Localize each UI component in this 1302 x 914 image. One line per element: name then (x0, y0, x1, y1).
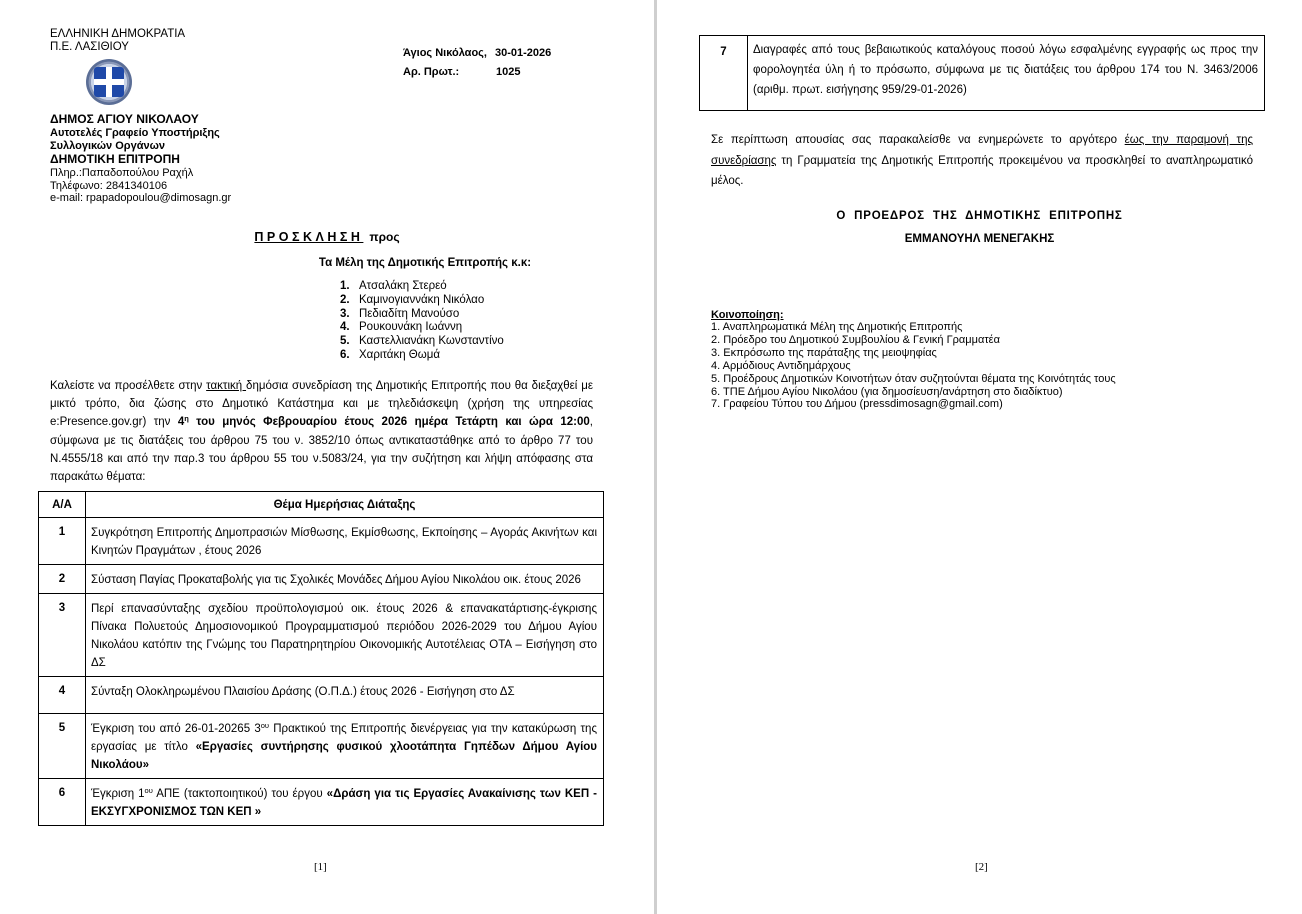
member-item: 3.Πεδιαδίτη Μανούσο (340, 308, 504, 322)
document-date: 30-01-2026 (495, 47, 551, 59)
protocol-number: 1025 (496, 66, 520, 78)
member-item: 5.Καστελλιανάκη Κωνσταντίνο (340, 335, 504, 349)
header-office-line1: Αυτοτελές Γραφείο Υποστήριξης (50, 127, 220, 140)
protocol-label: Αρ. Πρωτ.: (403, 66, 459, 78)
notification-item: 7. Γραφείου Τύπου του Δήμου (pressdimosa… (711, 398, 1116, 411)
notification-item: 3. Εκπρόσωπο της παράταξης της μειοψηφία… (711, 347, 1116, 360)
header-email: e-mail: rpapadopoulou@dimosagn.gr (50, 192, 231, 205)
header-region: Π.Ε. ΛΑΣΙΘΙΟΥ (50, 41, 129, 54)
agenda-header-row: Α/Α Θέμα Ημερήσιας Διάταξης (39, 492, 604, 518)
invitation-body: Καλείστε να προσέλθετε στην τακτική δημό… (50, 377, 593, 486)
document-page-2: 7 Διαγραφές από τους βεβαιωτικούς καταλό… (657, 0, 1302, 914)
notification-item: 2. Πρόεδρο του Δημοτικού Συμβουλίου & Γε… (711, 334, 1116, 347)
title-suffix: προς (369, 230, 399, 244)
place-date: Άγιος Νικόλαος, 30-01-2026 (403, 47, 487, 59)
signature-role: Ο ΠΡΟΕΔΡΟΣ ΤΗΣ ΔΗΜΟΤΙΚΗΣ ΕΠΙΤΡΟΠΗΣ (657, 210, 1302, 222)
header-municipality: ΔΗΜΟΣ ΑΓΙΟΥ ΝΙΚΟΛΑΟΥ (50, 113, 199, 126)
table-row: 3 Περί επανασύνταξης σχεδίου προϋπολογισ… (39, 594, 604, 677)
place-label: Άγιος Νικόλαος, (403, 47, 487, 59)
agenda-col-topic: Θέμα Ημερήσιας Διάταξης (86, 492, 604, 518)
header-committee: ΔΗΜΟΤΙΚΗ ΕΠΙΤΡΟΠΗ (50, 153, 180, 166)
signature-name: ΕΜΜΑΝΟΥΗΛ ΜΕΝΕΓΑΚΗΣ (657, 233, 1302, 245)
notification-item: 6. ΤΠΕ Δήμου Αγίου Νικολάου (για δημοσίε… (711, 386, 1116, 399)
table-row: 4 Σύνταξη Ολοκληρωμένου Πλαισίου Δράσης … (39, 677, 604, 714)
table-row: 1 Συγκρότηση Επιτροπής Δημοπρασιών Μίσθω… (39, 518, 604, 565)
table-row: 7 Διαγραφές από τους βεβαιωτικούς καταλό… (700, 36, 1265, 111)
page-number-2: [2] (975, 861, 988, 873)
protocol: Αρ. Πρωτ.: 1025 (403, 66, 459, 78)
notification-list: 1. Αναπληρωματικά Μέλη της Δημοτικής Επι… (711, 321, 1116, 411)
greek-coat-of-arms-icon (86, 59, 132, 105)
member-item: 1.Ατσαλάκη Στερεό (340, 280, 504, 294)
notification-item: 4. Αρμόδιους Αντιδημάρχους (711, 360, 1116, 373)
member-item: 2.Καμινογιαννάκη Νικόλαο (340, 294, 504, 308)
header-contact-person: Πληρ.:Παπαδοπούλου Ραχήλ (50, 167, 193, 180)
page-number-1: [1] (314, 861, 327, 873)
invitation-title: ΠΡΟΣΚΛΗΣΗπρος (0, 230, 654, 244)
notification-item: 5. Προέδρους Δημοτικών Κοινοτήτων όταν σ… (711, 373, 1116, 386)
agenda-col-num: Α/Α (39, 492, 86, 518)
document-page-1: ΕΛΛΗΝΙΚΗ ΔΗΜΟΚΡΑΤΙΑ Π.Ε. ΛΑΣΙΘΙΟΥ ΔΗΜΟΣ … (0, 0, 654, 914)
meeting-type: τακτική (206, 380, 246, 392)
title-text: ΠΡΟΣΚΛΗΣΗ (254, 230, 363, 244)
table-row: 5 Έγκριση του από 26-01-20265 3ου Πρακτι… (39, 714, 604, 779)
header-republic: ΕΛΛΗΝΙΚΗ ΔΗΜΟΚΡΑΤΙΑ (50, 28, 185, 41)
meeting-datetime: 4η του μηνός Φεβρουαρίου έτους 2026 ημέρ… (178, 416, 590, 428)
member-item: 4.Ρουκουνάκη Ιωάννη (340, 321, 504, 335)
absence-notice: Σε περίπτωση απουσίας σας παρακαλείσθε ν… (711, 130, 1253, 192)
agenda-table-continued: 7 Διαγραφές από τους βεβαιωτικούς καταλό… (699, 35, 1265, 111)
agenda-table: Α/Α Θέμα Ημερήσιας Διάταξης 1 Συγκρότηση… (38, 491, 604, 826)
notification-item: 1. Αναπληρωματικά Μέλη της Δημοτικής Επι… (711, 321, 1116, 334)
members-list: 1.Ατσαλάκη Στερεό2.Καμινογιαννάκη Νικόλα… (340, 280, 504, 363)
table-row: 2 Σύσταση Παγίας Προκαταβολής για τις Σχ… (39, 565, 604, 594)
member-item: 6.Χαριτάκη Θωμά (340, 349, 504, 363)
table-row: 6 Έγκριση 1ου ΑΠΕ (τακτοποιητικού) του έ… (39, 779, 604, 826)
notification-title: Κοινοποίηση: (711, 309, 784, 321)
